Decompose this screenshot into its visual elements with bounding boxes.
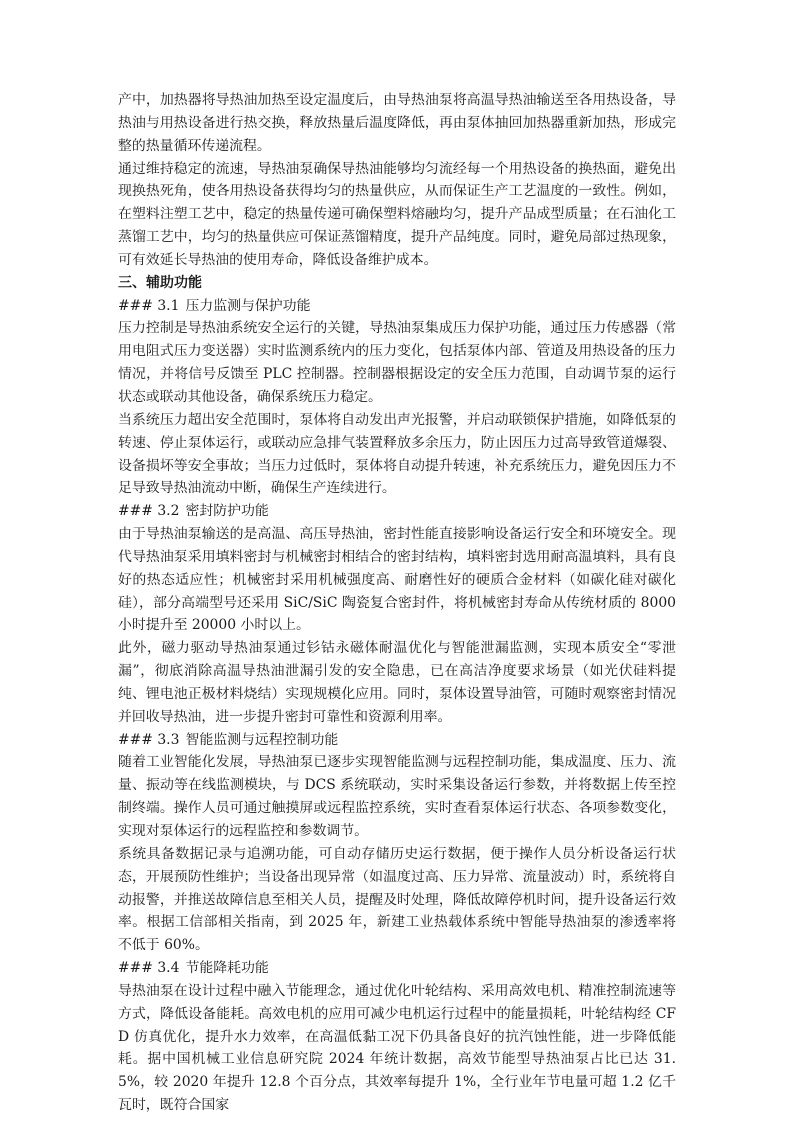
body-paragraph: 由于导热油泵输送的是高温、高压导热油，密封性能直接影响设备运行安全和环境安全。现… <box>118 523 676 637</box>
section-heading: 三、辅助功能 <box>118 272 676 295</box>
subsection-heading: ### 3.3智能监测与远程控制功能 <box>118 729 676 752</box>
body-paragraph: 压力控制是导热油系统安全运行的关键，导热油泵集成压力保护功能，通过压力传感器（常… <box>118 317 676 408</box>
body-paragraph: 系统具备数据记录与追溯功能，可自动存储历史运行数据，便于操作人员分析设备运行状态… <box>118 843 676 957</box>
body-paragraph: 导热油泵在设计过程中融入节能理念，通过优化叶轮结构、采用高效电机、精准控制流速等… <box>118 980 676 1117</box>
body-paragraph: 当系统压力超出安全范围时，泵体将自动发出声光报警，并启动联锁保护措施，如降低泵的… <box>118 409 676 500</box>
subsection-heading: ### 3.1压力监测与保护功能 <box>118 295 676 318</box>
subsection-number: ### 3.1 <box>118 298 179 314</box>
subsection-title: 压力监测与保护功能 <box>185 298 310 314</box>
subsection-title: 密封防护功能 <box>185 503 268 519</box>
subsection-number: ### 3.2 <box>118 503 179 519</box>
document-page: 产中，加热器将导热油加热至设定温度后，由导热油泵将高温导热油输送至各用热设备，导… <box>118 89 676 1117</box>
subsection-heading: ### 3.2密封防护功能 <box>118 500 676 523</box>
body-paragraph: 此外，磁力驱动导热油泵通过钐钴永磁体耐温优化与智能泄漏监测，实现本质安全“零泄漏… <box>118 637 676 728</box>
body-paragraph: 通过维持稳定的流速，导热油泵确保导热油能够均匀流经每一个用热设备的换热面，避免出… <box>118 158 676 272</box>
subsection-number: ### 3.3 <box>118 732 179 748</box>
subsection-title: 智能监测与远程控制功能 <box>185 732 338 748</box>
body-paragraph: 产中，加热器将导热油加热至设定温度后，由导热油泵将高温导热油输送至各用热设备，导… <box>118 89 676 158</box>
subsection-title: 节能降耗功能 <box>185 960 268 976</box>
body-paragraph: 随着工业智能化发展，导热油泵已逐步实现智能监测与远程控制功能，集成温度、压力、流… <box>118 751 676 842</box>
subsection-number: ### 3.4 <box>118 960 179 976</box>
subsection-heading: ### 3.4节能降耗功能 <box>118 957 676 980</box>
